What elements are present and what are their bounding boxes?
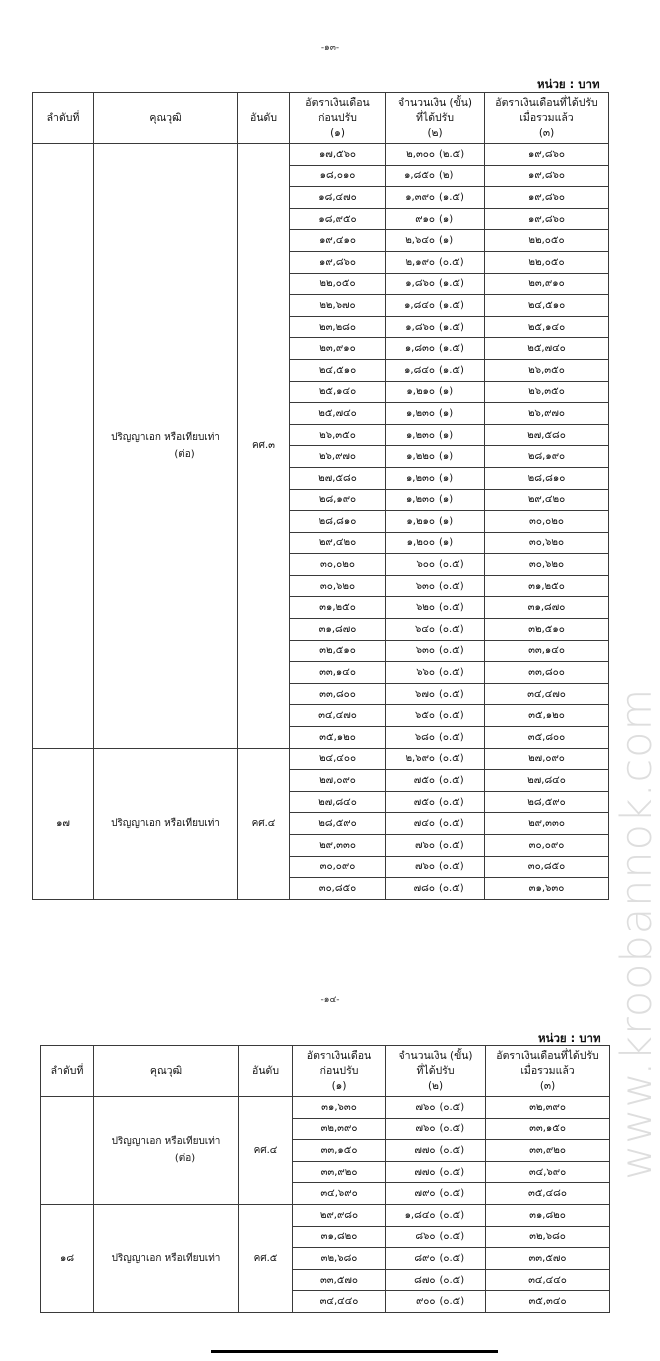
- header-after: อัตราเงินเดือนที่ได้ปรับเมื่อรวมแล้ว(๓): [486, 1046, 610, 1097]
- increase-cell: ๑,๘๖๐(๑.๕): [386, 273, 485, 295]
- salary-after-cell: ๒๔,๕๑๐: [485, 295, 609, 317]
- salary-after-cell: ๒๕,๑๔๐: [485, 316, 609, 338]
- increase-steps: (๑): [435, 406, 473, 421]
- header-qualification: คุณวุฒิ: [94, 1046, 239, 1097]
- header-line: (๒): [386, 126, 484, 141]
- increase-steps: (๐.๕): [436, 1186, 474, 1201]
- increase-amount: ๖๒๐: [397, 600, 435, 615]
- salary-before-cell: ๓๐,๐๒๐: [290, 554, 386, 576]
- increase-amount: ๑,๒๓๐: [397, 428, 435, 443]
- salary-before-cell: ๑๘,๙๕๐: [290, 208, 386, 230]
- header-row: ลำดับที่คุณวุฒิอันดับอัตราเงินเดือนก่อนป…: [33, 93, 609, 144]
- increase-amount: ๑,๒๑๐: [397, 514, 435, 529]
- salary-after-cell: ๒๒,๐๕๐: [485, 251, 609, 273]
- increase-steps: (๐.๕): [435, 622, 473, 637]
- increase-cell: ๑,๓๙๐(๑.๕): [386, 187, 485, 209]
- increase-amount: ๑,๒๑๐: [397, 384, 435, 399]
- salary-after-cell: ๓๑,๘๒๐: [486, 1204, 610, 1226]
- page-end-rule: [211, 1350, 498, 1353]
- increase-steps: (๐.๕): [436, 1273, 474, 1288]
- header-line: (๑): [293, 1079, 385, 1094]
- increase-steps: (๑.๕): [435, 298, 473, 313]
- salary-before-cell: ๓๔,๖๙๐: [293, 1183, 386, 1205]
- increase-cell: ๗๗๐(๐.๕): [386, 1140, 486, 1162]
- salary-before-cell: ๓๑,๒๕๐: [290, 597, 386, 619]
- increase-steps: (๑): [435, 535, 473, 550]
- salary-before-cell: ๒๘,๘๑๐: [290, 511, 386, 533]
- increase-steps: (๐.๕): [435, 881, 473, 896]
- increase-amount: ๗๖๐: [397, 859, 435, 874]
- increase-cell: ๑,๘๕๐(๒): [386, 165, 485, 187]
- increase-amount: ๗๔๐: [397, 816, 435, 831]
- watermark: www.kroobannok.com: [612, 688, 660, 1180]
- header-before: อัตราเงินเดือนก่อนปรับ(๑): [293, 1046, 386, 1097]
- increase-cell: ๑,๒๐๐(๑): [386, 532, 485, 554]
- qualification-text: ปริญญาเอก หรือเทียบเท่า: [112, 1136, 221, 1147]
- increase-amount: ๗๗๐: [398, 1165, 436, 1180]
- salary-after-cell: ๒๖,๓๕๐: [485, 359, 609, 381]
- increase-cell: ๗๘๐(๐.๕): [386, 878, 485, 900]
- header-line: ก่อนปรับ: [293, 1064, 385, 1079]
- salary-after-cell: ๑๙,๘๖๐: [485, 165, 609, 187]
- header-seq: ลำดับที่: [41, 1046, 94, 1097]
- salary-after-cell: ๒๖,๓๕๐: [485, 381, 609, 403]
- seq-cell: ๑๘: [41, 1204, 94, 1312]
- increase-cell: ๒,๖๙๐(๐.๕): [386, 748, 485, 770]
- salary-before-cell: ๓๐,๘๕๐: [290, 878, 386, 900]
- increase-cell: ๗๕๐(๐.๕): [386, 770, 485, 792]
- increase-amount: ๗๗๐: [398, 1143, 436, 1158]
- increase-steps: (๐.๕): [435, 600, 473, 615]
- continued-label: (ต่อ): [94, 446, 237, 463]
- salary-after-cell: ๓๓,๕๗๐: [486, 1248, 610, 1270]
- salary-after-cell: ๒๖,๙๗๐: [485, 403, 609, 425]
- rank-cell: คศ.๔: [238, 748, 290, 899]
- increase-amount: ๑,๘๔๐: [397, 298, 435, 313]
- salary-after-cell: ๓๐,๐๙๐: [485, 835, 609, 857]
- salary-before-cell: ๓๔,๔๗๐: [290, 705, 386, 727]
- header-line: อัตราเงินเดือนที่ได้ปรับ: [485, 96, 608, 111]
- increase-cell: ๒,๖๔๐(๑): [386, 230, 485, 252]
- increase-steps: (๐.๕): [435, 838, 473, 853]
- increase-steps: (๐.๕): [436, 1294, 474, 1309]
- increase-cell: ๒,๑๙๐(๐.๕): [386, 251, 485, 273]
- increase-amount: ๗๕๐: [397, 795, 435, 810]
- salary-after-cell: ๒๗,๕๘๐: [485, 424, 609, 446]
- increase-steps: (๐.๕): [435, 255, 473, 270]
- salary-before-cell: ๓๐,๖๒๐: [290, 575, 386, 597]
- increase-amount: ๒,๑๙๐: [397, 255, 435, 270]
- increase-cell: ๖๐๐(๐.๕): [386, 554, 485, 576]
- increase-steps: (๐.๕): [436, 1165, 474, 1180]
- increase-amount: ๘๙๐: [398, 1251, 436, 1266]
- increase-amount: ๗๖๐: [398, 1121, 436, 1136]
- increase-steps: (๑.๕): [435, 341, 473, 356]
- increase-cell: ๙๑๐(๑): [386, 208, 485, 230]
- salary-after-cell: ๓๕,๓๔๐: [486, 1291, 610, 1313]
- increase-cell: ๗๙๐(๐.๕): [386, 1183, 486, 1205]
- salary-after-cell: ๓๕,๑๒๐: [485, 705, 609, 727]
- increase-amount: ๑,๘๕๐: [397, 168, 435, 183]
- increase-cell: ๖๔๐(๐.๕): [386, 619, 485, 641]
- salary-after-cell: ๒๗,๘๔๐: [485, 770, 609, 792]
- salary-after-cell: ๓๑,๖๓๐: [485, 878, 609, 900]
- header-line: จำนวนเงิน (ขั้น): [386, 96, 484, 111]
- salary-before-cell: ๑๘,๐๑๐: [290, 165, 386, 187]
- increase-cell: ๑,๒๓๐(๑): [386, 467, 485, 489]
- increase-steps: (๐.๕): [435, 557, 473, 572]
- increase-steps: (๑): [435, 233, 473, 248]
- salary-before-cell: ๒๘,๑๙๐: [290, 489, 386, 511]
- salary-before-cell: ๒๗,๘๔๐: [290, 791, 386, 813]
- salary-before-cell: ๓๒,๖๘๐: [293, 1248, 386, 1270]
- salary-after-cell: ๒๘,๑๙๐: [485, 446, 609, 468]
- salary-before-cell: ๓๒,๕๑๐: [290, 640, 386, 662]
- header-line: อัตราเงินเดือน: [293, 1049, 385, 1064]
- salary-before-cell: ๒๓,๒๘๐: [290, 316, 386, 338]
- header-before: อัตราเงินเดือนก่อนปรับ(๑): [290, 93, 386, 144]
- seq-cell: ๑๗: [33, 748, 94, 899]
- increase-amount: ๖๐๐: [397, 557, 435, 572]
- increase-steps: (๑): [435, 471, 473, 486]
- salary-after-cell: ๓๓,๑๔๐: [485, 640, 609, 662]
- increase-steps: (๑): [435, 384, 473, 399]
- salary-before-cell: ๒๔,๔๐๐: [290, 748, 386, 770]
- increase-cell: ๑,๘๓๐(๑.๕): [386, 338, 485, 360]
- increase-steps: (๑.๕): [435, 276, 473, 291]
- header-qualification: คุณวุฒิ: [94, 93, 238, 144]
- increase-cell: ๖๓๐(๐.๕): [386, 640, 485, 662]
- salary-after-cell: ๓๓,๙๒๐: [486, 1140, 610, 1162]
- salary-before-cell: ๓๔,๔๔๐: [293, 1291, 386, 1313]
- increase-cell: ๘๖๐(๐.๕): [386, 1226, 486, 1248]
- increase-amount: ๘๗๐: [398, 1273, 436, 1288]
- salary-before-cell: ๓๐,๐๙๐: [290, 856, 386, 878]
- increase-amount: ๗๙๐: [398, 1186, 436, 1201]
- increase-steps: (๐.๕): [435, 795, 473, 810]
- salary-after-cell: ๑๙,๘๖๐: [485, 187, 609, 209]
- salary-before-cell: ๒๒,๖๗๐: [290, 295, 386, 317]
- salary-after-cell: ๓๔,๖๙๐: [486, 1161, 610, 1183]
- salary-before-cell: ๑๙,๔๑๐: [290, 230, 386, 252]
- increase-steps: (๐.๕): [435, 730, 473, 745]
- increase-amount: ๑,๒๓๐: [397, 406, 435, 421]
- rank-cell: คศ.๔: [239, 1097, 293, 1205]
- increase-amount: ๖๓๐: [397, 579, 435, 594]
- increase-steps: (๐.๕): [435, 816, 473, 831]
- salary-after-cell: ๓๓,๑๕๐: [486, 1118, 610, 1140]
- increase-cell: ๖๗๐(๐.๕): [386, 683, 485, 705]
- increase-cell: ๑,๘๖๐(๑.๕): [386, 316, 485, 338]
- increase-cell: ๑,๘๔๐(๐.๕): [386, 1204, 486, 1226]
- increase-cell: ๑,๘๔๐(๑.๕): [386, 359, 485, 381]
- increase-amount: ๙๐๐: [398, 1294, 436, 1309]
- salary-before-cell: ๒๖,๙๗๐: [290, 446, 386, 468]
- increase-amount: ๑,๒๒๐: [397, 449, 435, 464]
- increase-steps: (๐.๕): [436, 1229, 474, 1244]
- salary-after-cell: ๓๒,๓๙๐: [486, 1097, 610, 1119]
- salary-before-cell: ๒๔,๕๑๐: [290, 359, 386, 381]
- salary-after-cell: ๒๒,๐๕๐: [485, 230, 609, 252]
- salary-after-cell: ๒๗,๐๙๐: [485, 748, 609, 770]
- header-line: (๓): [485, 126, 608, 141]
- increase-amount: ๗๖๐: [398, 1100, 436, 1115]
- salary-after-cell: ๒๓,๙๑๐: [485, 273, 609, 295]
- salary-before-cell: ๓๓,๑๔๐: [290, 662, 386, 684]
- salary-after-cell: ๒๕,๗๔๐: [485, 338, 609, 360]
- salary-before-cell: ๒๗,๕๘๐: [290, 467, 386, 489]
- increase-cell: ๗๖๐(๐.๕): [386, 1097, 486, 1119]
- increase-cell: ๗๖๐(๐.๕): [386, 1118, 486, 1140]
- salary-after-cell: ๓๐,๘๕๐: [485, 856, 609, 878]
- page-number: -๑๓-: [0, 40, 660, 54]
- header-line: เมื่อรวมแล้ว: [485, 111, 608, 126]
- salary-after-cell: ๓๕,๘๐๐: [485, 727, 609, 749]
- salary-after-cell: ๒๙,๔๒๐: [485, 489, 609, 511]
- increase-cell: ๗๔๐(๐.๕): [386, 813, 485, 835]
- increase-steps: (๐.๕): [436, 1100, 474, 1115]
- header-line: อัตราเงินเดือน: [290, 96, 385, 111]
- salary-before-cell: ๓๕,๑๒๐: [290, 727, 386, 749]
- header-line: ที่ได้ปรับ: [386, 1064, 485, 1079]
- increase-cell: ๗๖๐(๐.๕): [386, 835, 485, 857]
- salary-after-cell: ๓๐,๖๒๐: [485, 554, 609, 576]
- increase-steps: (๑): [435, 212, 473, 227]
- salary-before-cell: ๓๑,๖๓๐: [293, 1097, 386, 1119]
- salary-before-cell: ๒๒,๐๕๐: [290, 273, 386, 295]
- salary-before-cell: ๒๙,๓๓๐: [290, 835, 386, 857]
- increase-amount: ๖๓๐: [397, 643, 435, 658]
- header-rank: อันดับ: [238, 93, 290, 144]
- increase-amount: ๖๖๐: [397, 665, 435, 680]
- increase-cell: ๗๕๐(๐.๕): [386, 791, 485, 813]
- salary-after-cell: ๓๔,๔๔๐: [486, 1269, 610, 1291]
- increase-steps: (๐.๕): [436, 1121, 474, 1136]
- qualification-text: ปริญญาเอก หรือเทียบเท่า: [111, 818, 220, 829]
- increase-steps: (๐.๕): [436, 1208, 474, 1223]
- increase-amount: ๒,๓๐๐: [397, 147, 435, 162]
- salary-after-cell: ๓๕,๔๘๐: [486, 1183, 610, 1205]
- salary-after-cell: ๓๐,๖๒๐: [485, 532, 609, 554]
- salary-before-cell: ๓๓,๕๗๐: [293, 1269, 386, 1291]
- qualification-cell: ปริญญาเอก หรือเทียบเท่า(ต่อ): [94, 1097, 239, 1205]
- increase-amount: ๖๘๐: [397, 730, 435, 745]
- increase-cell: ๑,๒๓๐(๑): [386, 424, 485, 446]
- increase-steps: (๐.๕): [435, 751, 473, 766]
- increase-cell: ๗๖๐(๐.๕): [386, 856, 485, 878]
- seq-cell: [33, 144, 94, 749]
- header-line: อัตราเงินเดือนที่ได้ปรับ: [486, 1049, 609, 1064]
- salary-after-cell: ๑๙,๘๖๐: [485, 144, 609, 166]
- header-after: อัตราเงินเดือนที่ได้ปรับเมื่อรวมแล้ว(๓): [485, 93, 609, 144]
- salary-before-cell: ๓๑,๘๗๐: [290, 619, 386, 641]
- salary-after-cell: ๑๙,๘๖๐: [485, 208, 609, 230]
- header-line: (๑): [290, 126, 385, 141]
- salary-before-cell: ๒๘,๕๙๐: [290, 813, 386, 835]
- header-row: ลำดับที่คุณวุฒิอันดับอัตราเงินเดือนก่อนป…: [41, 1046, 610, 1097]
- qualification-cell: ปริญญาเอก หรือเทียบเท่า(ต่อ): [94, 144, 238, 749]
- salary-after-cell: ๓๐,๐๒๐: [485, 511, 609, 533]
- salary-table: ลำดับที่คุณวุฒิอันดับอัตราเงินเดือนก่อนป…: [32, 92, 609, 900]
- increase-amount: ๗๘๐: [397, 881, 435, 896]
- increase-steps: (๑.๕): [435, 190, 473, 205]
- salary-before-cell: ๓๒,๓๙๐: [293, 1118, 386, 1140]
- increase-steps: (๐.๕): [435, 687, 473, 702]
- increase-cell: ๑,๒๑๐(๑): [386, 511, 485, 533]
- page-number: -๑๔-: [0, 992, 660, 1006]
- increase-amount: ๒,๖๔๐: [397, 233, 435, 248]
- increase-amount: ๑,๘๖๐: [397, 320, 435, 335]
- rank-cell: คศ.๕: [239, 1204, 293, 1312]
- increase-steps: (๐.๕): [435, 859, 473, 874]
- header-increase: จำนวนเงิน (ขั้น)ที่ได้ปรับ(๒): [386, 1046, 486, 1097]
- table-row: ปริญญาเอก หรือเทียบเท่า(ต่อ)คศ.๔๓๑,๖๓๐๗๖…: [41, 1097, 610, 1119]
- increase-cell: ๘๗๐(๐.๕): [386, 1269, 486, 1291]
- increase-steps: (๑.๕): [435, 320, 473, 335]
- header-line: (๒): [386, 1079, 485, 1094]
- salary-before-cell: ๑๘,๔๗๐: [290, 187, 386, 209]
- increase-amount: ๑,๒๐๐: [397, 535, 435, 550]
- increase-steps: (๐.๕): [435, 665, 473, 680]
- seq-cell: [41, 1097, 94, 1205]
- increase-cell: ๖๖๐(๐.๕): [386, 662, 485, 684]
- increase-steps: (๐.๕): [436, 1251, 474, 1266]
- increase-steps: (๑): [435, 428, 473, 443]
- increase-steps: (๑): [435, 514, 473, 529]
- qualification-cell: ปริญญาเอก หรือเทียบเท่า: [94, 748, 238, 899]
- increase-cell: ๖๕๐(๐.๕): [386, 705, 485, 727]
- header-line: จำนวนเงิน (ขั้น): [386, 1049, 485, 1064]
- continued-label: (ต่อ): [94, 1150, 238, 1167]
- increase-amount: ๖๔๐: [397, 622, 435, 637]
- header-rank: อันดับ: [239, 1046, 293, 1097]
- salary-before-cell: ๒๖,๓๕๐: [290, 424, 386, 446]
- increase-amount: ๑,๘๔๐: [397, 363, 435, 378]
- header-increase: จำนวนเงิน (ขั้น)ที่ได้ปรับ(๒): [386, 93, 485, 144]
- rank-cell: คศ.๓: [238, 144, 290, 749]
- increase-amount: ๖๕๐: [397, 708, 435, 723]
- increase-steps: (๑.๕): [435, 363, 473, 378]
- salary-before-cell: ๒๙,๙๘๐: [293, 1204, 386, 1226]
- salary-table: ลำดับที่คุณวุฒิอันดับอัตราเงินเดือนก่อนป…: [40, 1045, 610, 1313]
- header-line: เมื่อรวมแล้ว: [486, 1064, 609, 1079]
- increase-cell: ๙๐๐(๐.๕): [386, 1291, 486, 1313]
- increase-steps: (๒.๕): [435, 147, 473, 162]
- qualification-text: ปริญญาเอก หรือเทียบเท่า: [111, 432, 220, 443]
- increase-amount: ๑,๘๓๐: [397, 341, 435, 356]
- qualification-text: ปริญญาเอก หรือเทียบเท่า: [112, 1253, 221, 1264]
- salary-before-cell: ๑๗,๕๖๐: [290, 144, 386, 166]
- increase-amount: ๗๕๐: [397, 773, 435, 788]
- table-row: ๑๘ปริญญาเอก หรือเทียบเท่าคศ.๕๒๙,๙๘๐๑,๘๔๐…: [41, 1204, 610, 1226]
- increase-amount: ๑,๒๓๐: [397, 471, 435, 486]
- increase-cell: ๘๙๐(๐.๕): [386, 1248, 486, 1270]
- header-seq: ลำดับที่: [33, 93, 94, 144]
- increase-cell: ๑,๒๒๐(๑): [386, 446, 485, 468]
- salary-before-cell: ๓๓,๙๒๐: [293, 1161, 386, 1183]
- salary-before-cell: ๒๕,๗๔๐: [290, 403, 386, 425]
- increase-cell: ๖๓๐(๐.๕): [386, 575, 485, 597]
- increase-cell: ๗๗๐(๐.๕): [386, 1161, 486, 1183]
- increase-steps: (๑): [435, 449, 473, 464]
- salary-before-cell: ๒๕,๑๔๐: [290, 381, 386, 403]
- increase-cell: ๑,๒๓๐(๑): [386, 403, 485, 425]
- salary-after-cell: ๓๑,๘๗๐: [485, 597, 609, 619]
- salary-before-cell: ๓๑,๘๒๐: [293, 1226, 386, 1248]
- salary-after-cell: ๓๒,๕๑๐: [485, 619, 609, 641]
- table-row: ๑๗ปริญญาเอก หรือเทียบเท่าคศ.๔๒๔,๔๐๐๒,๖๙๐…: [33, 748, 609, 770]
- increase-steps: (๐.๕): [435, 579, 473, 594]
- salary-before-cell: ๓๓,๘๐๐: [290, 683, 386, 705]
- increase-cell: ๖๒๐(๐.๕): [386, 597, 485, 619]
- increase-steps: (๐.๕): [435, 708, 473, 723]
- salary-after-cell: ๓๑,๒๕๐: [485, 575, 609, 597]
- increase-cell: ๑,๒๑๐(๑): [386, 381, 485, 403]
- salary-after-cell: ๒๙,๓๓๐: [485, 813, 609, 835]
- increase-amount: ๑,๘๖๐: [397, 276, 435, 291]
- increase-cell: ๒,๓๐๐(๒.๕): [386, 144, 485, 166]
- salary-before-cell: ๓๓,๑๕๐: [293, 1140, 386, 1162]
- increase-amount: ๑,๘๔๐: [398, 1208, 436, 1223]
- salary-before-cell: ๑๙,๘๖๐: [290, 251, 386, 273]
- increase-cell: ๑,๒๓๐(๑): [386, 489, 485, 511]
- salary-before-cell: ๒๙,๔๒๐: [290, 532, 386, 554]
- increase-steps: (๐.๕): [436, 1143, 474, 1158]
- increase-steps: (๒): [435, 168, 473, 183]
- increase-cell: ๑,๘๔๐(๑.๕): [386, 295, 485, 317]
- increase-amount: ๙๑๐: [397, 212, 435, 227]
- salary-after-cell: ๓๒,๖๘๐: [486, 1226, 610, 1248]
- increase-steps: (๐.๕): [435, 773, 473, 788]
- increase-amount: ๖๗๐: [397, 687, 435, 702]
- table-row: ปริญญาเอก หรือเทียบเท่า(ต่อ)คศ.๓๑๗,๕๖๐๒,…: [33, 144, 609, 166]
- increase-amount: ๑,๓๙๐: [397, 190, 435, 205]
- increase-amount: ๑,๒๓๐: [397, 492, 435, 507]
- increase-cell: ๖๘๐(๐.๕): [386, 727, 485, 749]
- increase-steps: (๐.๕): [435, 643, 473, 658]
- increase-amount: ๘๖๐: [398, 1229, 436, 1244]
- salary-after-cell: ๒๘,๘๑๐: [485, 467, 609, 489]
- salary-after-cell: ๓๓,๘๐๐: [485, 662, 609, 684]
- increase-steps: (๑): [435, 492, 473, 507]
- header-line: ก่อนปรับ: [290, 111, 385, 126]
- increase-amount: ๗๖๐: [397, 838, 435, 853]
- salary-after-cell: ๓๔,๔๗๐: [485, 683, 609, 705]
- qualification-cell: ปริญญาเอก หรือเทียบเท่า: [94, 1204, 239, 1312]
- header-line: ที่ได้ปรับ: [386, 111, 484, 126]
- header-line: (๓): [486, 1079, 609, 1094]
- increase-amount: ๒,๖๙๐: [397, 751, 435, 766]
- salary-before-cell: ๒๗,๐๙๐: [290, 770, 386, 792]
- salary-before-cell: ๒๓,๙๑๐: [290, 338, 386, 360]
- salary-after-cell: ๒๘,๕๙๐: [485, 791, 609, 813]
